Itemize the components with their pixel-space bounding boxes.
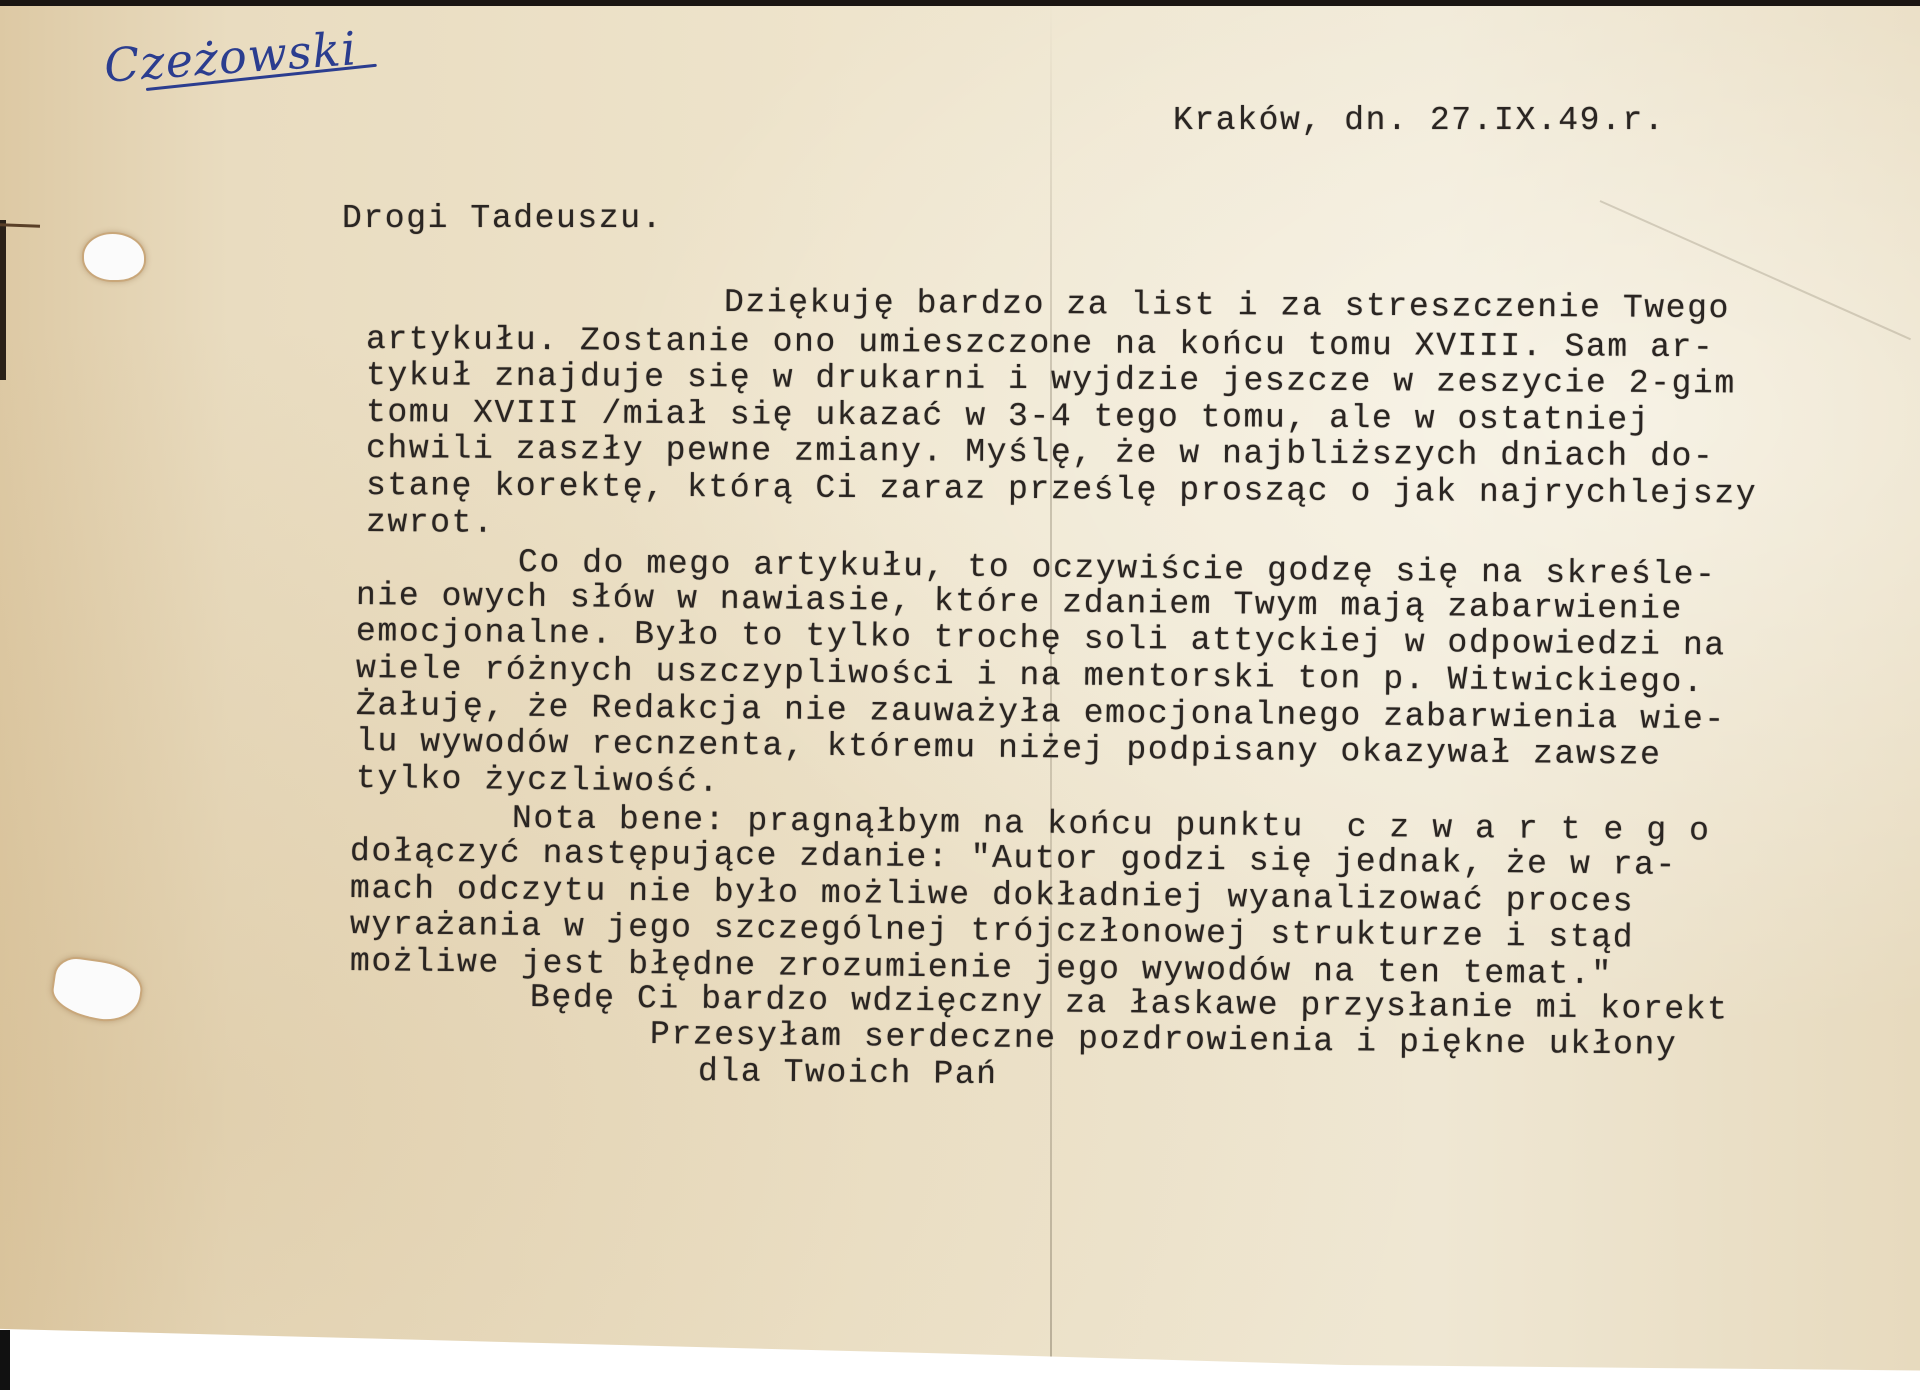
letter-line: dla Twoich Pań: [698, 1055, 998, 1091]
punch-hole-bottom: [51, 956, 144, 1023]
place-date: Kraków, dn. 27.IX.49.r.: [1173, 104, 1665, 137]
scan-edge-top: [0, 0, 1920, 6]
punch-hole-top: [84, 234, 144, 280]
letter-line: stanę korektę, którą Ci zaraz prześlę pr…: [366, 469, 1757, 510]
salutation: Drogi Tadeuszu.: [342, 202, 663, 235]
letter-line: Dziękuję bardzo za list i za streszczeni…: [724, 286, 1730, 325]
paper-tear: [0, 223, 40, 227]
scan-edge-bottom-left: [0, 1330, 10, 1390]
letter-line: zwrot.: [366, 506, 495, 540]
letter-page: Czeżowski Kraków, dn. 27.IX.49.r. Drogi …: [0, 0, 1920, 1390]
letter-line: tylko życzliwość.: [356, 762, 720, 799]
scan-edge-left: [0, 220, 6, 380]
